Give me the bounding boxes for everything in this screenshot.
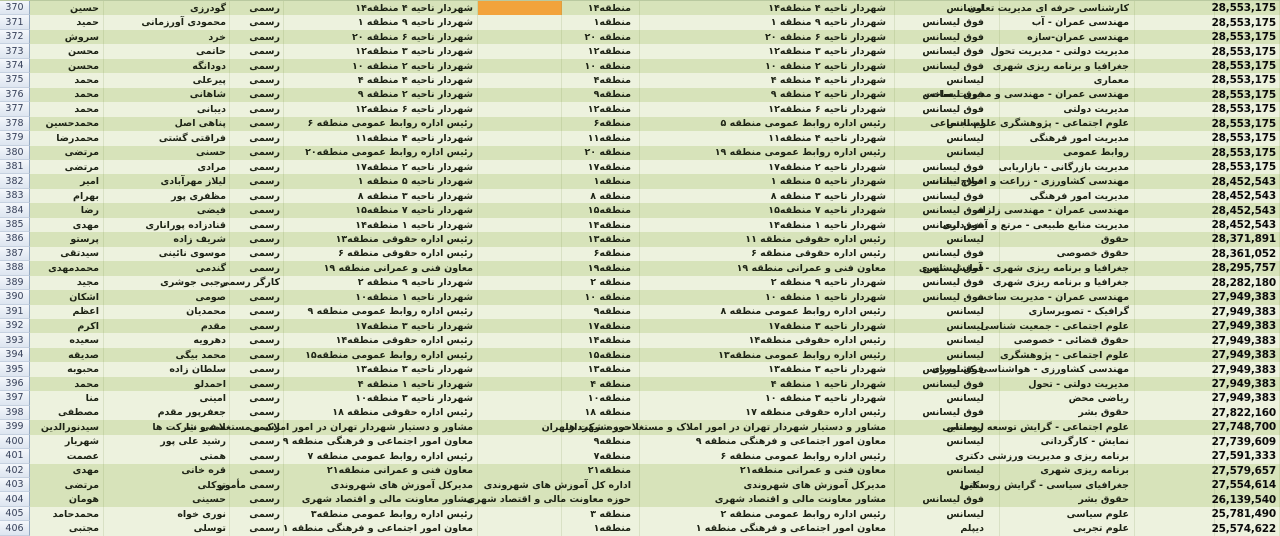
cell-empty[interactable] xyxy=(478,406,562,420)
cell-empty[interactable] xyxy=(1135,492,1215,506)
cell-position-title[interactable]: رئیس اداره حقوقی منطقه ۱۸ xyxy=(284,406,478,420)
cell-region[interactable]: منطقه۱۵ xyxy=(562,348,640,362)
cell-empty[interactable] xyxy=(478,507,562,521)
cell-last-name[interactable]: توکلی xyxy=(104,478,230,492)
cell-position-title[interactable]: شهردار ناحیه ۳ منطقه۱۷ xyxy=(284,319,478,333)
cell-last-name[interactable]: مظفری پور xyxy=(104,189,230,203)
cell-region[interactable]: منطقه۱۲ xyxy=(562,102,640,116)
cell-amount[interactable]: 28,452,543 xyxy=(1215,203,1280,217)
cell-empty[interactable] xyxy=(1135,117,1215,131)
cell-employment-type[interactable]: رسمی xyxy=(230,117,284,131)
cell-amount[interactable]: 28,553,175 xyxy=(1215,88,1280,102)
cell-region[interactable]: منطقه۱۵ xyxy=(562,203,640,217)
cell-field-of-study[interactable]: مدیریت دولتی xyxy=(1000,102,1135,116)
cell-empty[interactable] xyxy=(478,146,562,160)
cell-region[interactable]: منطقه ۱۸ xyxy=(562,406,640,420)
cell-empty[interactable] xyxy=(478,174,562,188)
cell-position-title[interactable]: شهردار ناحیه ۹ منطقه ۲ xyxy=(284,276,478,290)
cell-empty[interactable] xyxy=(1135,333,1215,347)
row-header[interactable]: 382 xyxy=(0,174,30,188)
cell-degree[interactable]: دیپلم xyxy=(895,521,1000,535)
cell-last-name[interactable]: امینی xyxy=(104,391,230,405)
cell-position-title[interactable]: شهردار ناحیه ۶ منطقه ۲۰ xyxy=(284,30,478,44)
cell-region[interactable]: منطقه۶ xyxy=(562,247,640,261)
cell-employment-type[interactable]: رسمی xyxy=(230,1,284,15)
cell-first-name[interactable]: شهریار xyxy=(30,435,104,449)
cell-region[interactable]: منطقه۱۳ xyxy=(562,362,640,376)
cell-first-name[interactable]: مجید xyxy=(30,276,104,290)
cell-position-title-2[interactable]: شهردار ناحیه ۴ منطقه ۴ xyxy=(640,73,895,87)
row-header[interactable]: 379 xyxy=(0,131,30,145)
cell-employment-type[interactable]: رسمی xyxy=(230,507,284,521)
row-header[interactable]: 396 xyxy=(0,377,30,391)
cell-amount[interactable]: 28,282,180 xyxy=(1215,276,1280,290)
cell-position-title[interactable]: شهردار ناحیه ۳ منطقه۱۲ xyxy=(284,44,478,58)
cell-last-name[interactable]: مرادی xyxy=(104,160,230,174)
row-header[interactable]: 370 xyxy=(0,1,30,15)
cell-last-name[interactable]: شاهانی xyxy=(104,88,230,102)
cell-region[interactable]: منطقه ۲۰ xyxy=(562,30,640,44)
cell-first-name[interactable]: صدیقه xyxy=(30,348,104,362)
cell-last-name[interactable]: صومی xyxy=(104,290,230,304)
cell-position-title[interactable]: شهردار ناحیه ۷ منطقه۱۵ xyxy=(284,203,478,217)
row-header[interactable]: 377 xyxy=(0,102,30,116)
row-header[interactable]: 388 xyxy=(0,261,30,275)
row-header[interactable]: 381 xyxy=(0,160,30,174)
cell-empty[interactable] xyxy=(478,73,562,87)
cell-region[interactable]: منطقه۹ xyxy=(562,88,640,102)
cell-empty[interactable] xyxy=(478,59,562,73)
row-header[interactable]: 395 xyxy=(0,362,30,376)
cell-position-title-2[interactable]: رئیس اداره حقوقی منطقه۱۴ xyxy=(640,333,895,347)
cell-position-title-2[interactable]: رئیس اداره روابط عمومی منطقه ۵ xyxy=(640,117,895,131)
cell-first-name[interactable]: مرتضی xyxy=(30,478,104,492)
cell-field-of-study[interactable]: کارشناسی حرفه ای مدیریت تعاون xyxy=(1000,1,1135,15)
cell-position-title[interactable]: شهردار ناحیه ۴ منطقه ۴ xyxy=(284,73,478,87)
cell-degree[interactable]: فوق لیسانس xyxy=(895,102,1000,116)
cell-region[interactable]: منطقه۱۴ xyxy=(562,333,640,347)
cell-amount[interactable]: 27,949,383 xyxy=(1215,377,1280,391)
cell-empty[interactable] xyxy=(1135,435,1215,449)
cell-degree[interactable]: لیسانس xyxy=(895,391,1000,405)
cell-position-title-2[interactable]: شهردار ناحیه ۶ منطقه ۲۰ xyxy=(640,30,895,44)
cell-degree[interactable]: لیسانس xyxy=(895,73,1000,87)
cell-field-of-study[interactable]: جغرافیای سیاسی - گرایش روستایی xyxy=(1000,478,1135,492)
cell-first-name[interactable]: محمد xyxy=(30,377,104,391)
cell-employment-type[interactable]: رسمی xyxy=(230,521,284,535)
cell-empty[interactable] xyxy=(1135,218,1215,232)
cell-empty[interactable] xyxy=(1135,261,1215,275)
cell-empty[interactable] xyxy=(1135,232,1215,246)
row-header[interactable]: 392 xyxy=(0,319,30,333)
cell-employment-type[interactable]: رسمی xyxy=(230,406,284,420)
cell-position-title[interactable]: شهردار ناحیه ۵ منطقه ۱ xyxy=(284,174,478,188)
cell-empty[interactable] xyxy=(478,377,562,391)
cell-position-title[interactable]: شهردار ناحیه ۹ منطقه ۱ xyxy=(284,15,478,29)
cell-first-name[interactable]: اعظم xyxy=(30,305,104,319)
cell-first-name[interactable]: مصطفی xyxy=(30,406,104,420)
cell-position-title[interactable]: شهردار ناحیه ۱ منطقه ۴ xyxy=(284,377,478,391)
row-header[interactable]: 398 xyxy=(0,406,30,420)
cell-amount[interactable]: 28,553,175 xyxy=(1215,1,1280,15)
cell-employment-type[interactable]: رسمی xyxy=(230,348,284,362)
cell-employment-type[interactable]: رسمی xyxy=(230,290,284,304)
cell-employment-type[interactable]: رسمی xyxy=(230,247,284,261)
cell-first-name[interactable]: محمد xyxy=(30,102,104,116)
cell-region[interactable]: منطقه۷ xyxy=(562,449,640,463)
cell-empty[interactable] xyxy=(478,15,562,29)
cell-empty[interactable] xyxy=(1135,203,1215,217)
cell-first-name[interactable]: محمد xyxy=(30,88,104,102)
cell-last-name[interactable]: پیرعلی xyxy=(104,73,230,87)
cell-first-name[interactable]: مرتضی xyxy=(30,160,104,174)
cell-degree[interactable]: فوق لیسانس xyxy=(895,492,1000,506)
cell-position-title-2[interactable]: رئیس اداره حقوقی منطقه ۱۱ xyxy=(640,232,895,246)
cell-amount[interactable]: 27,822,160 xyxy=(1215,406,1280,420)
cell-field-of-study[interactable]: گرافیک - تصویرسازی xyxy=(1000,305,1135,319)
cell-field-of-study[interactable]: مهندسی عمران - مدیریت ساخت xyxy=(1000,290,1135,304)
cell-position-title-2[interactable]: شهردار ناحیه ۱ منطقه ۱۰ xyxy=(640,290,895,304)
row-header[interactable]: 394 xyxy=(0,348,30,362)
cell-amount[interactable]: 27,748,700 xyxy=(1215,420,1280,434)
cell-last-name[interactable]: حسنی xyxy=(104,146,230,160)
cell-empty[interactable] xyxy=(478,88,562,102)
cell-position-title-2[interactable]: شهردار ناحیه ۵ منطقه ۱ xyxy=(640,174,895,188)
cell-position-title[interactable]: شهردار ناحیه ۱ منطقه۱۴ xyxy=(284,218,478,232)
cell-amount[interactable]: 27,949,383 xyxy=(1215,319,1280,333)
cell-amount[interactable]: 25,574,622 xyxy=(1215,521,1280,535)
cell-degree[interactable]: فوق لیسانس xyxy=(895,30,1000,44)
cell-employment-type[interactable]: رسمی xyxy=(230,15,284,29)
cell-degree[interactable]: فوق لیسانس xyxy=(895,377,1000,391)
row-header[interactable]: 374 xyxy=(0,59,30,73)
cell-field-of-study[interactable]: روابط عمومی xyxy=(1000,146,1135,160)
cell-employment-type[interactable]: رسمی xyxy=(230,305,284,319)
cell-position-title-2[interactable]: رئیس اداره حقوقی منطقه ۱۷ xyxy=(640,406,895,420)
cell-position-title-2[interactable]: شهردار ناحیه ۳ منطقه ۸ xyxy=(640,189,895,203)
cell-last-name[interactable]: دیبانی xyxy=(104,102,230,116)
cell-first-name[interactable]: محمد xyxy=(30,73,104,87)
cell-empty[interactable] xyxy=(1135,102,1215,116)
cell-region[interactable]: حوزه معاونت مالی و اقتصاد شهری xyxy=(562,492,640,506)
cell-region[interactable]: منطقه۹ xyxy=(562,435,640,449)
cell-last-name[interactable]: حاتمی xyxy=(104,44,230,58)
cell-region[interactable]: منطقه۱۷ xyxy=(562,319,640,333)
cell-last-name[interactable]: شریف زاده xyxy=(104,232,230,246)
cell-region[interactable]: منطقه ۱۰ xyxy=(562,59,640,73)
cell-position-title[interactable]: شهردار ناحیه ۴ منطقه۱۱ xyxy=(284,131,478,145)
cell-position-title[interactable]: شهردار ناحیه ۲ منطقه۱۷ xyxy=(284,160,478,174)
cell-empty[interactable] xyxy=(1135,478,1215,492)
cell-last-name[interactable]: دودانگه xyxy=(104,59,230,73)
cell-position-title-2[interactable]: رئیس اداره روابط عمومی منطقه ۲ xyxy=(640,507,895,521)
cell-amount[interactable]: 27,949,383 xyxy=(1215,391,1280,405)
cell-degree[interactable]: فوق لیسانس xyxy=(895,189,1000,203)
cell-employment-type[interactable]: رسمی xyxy=(230,464,284,478)
cell-empty[interactable] xyxy=(478,464,562,478)
cell-last-name[interactable]: پناهی اصل xyxy=(104,117,230,131)
cell-employment-type[interactable]: رسمی xyxy=(230,88,284,102)
cell-amount[interactable]: 27,949,383 xyxy=(1215,333,1280,347)
cell-last-name[interactable]: رشید علی پور xyxy=(104,435,230,449)
cell-position-title-2[interactable]: شهردار ناحیه ۳ منطقه۱۳ xyxy=(640,362,895,376)
cell-amount[interactable]: 28,553,175 xyxy=(1215,59,1280,73)
cell-position-title-2[interactable]: شهردار ناحیه ۹ منطقه ۱ xyxy=(640,15,895,29)
cell-position-title-2[interactable]: رئیس اداره روابط عمومی منطقه ۸ xyxy=(640,305,895,319)
cell-position-title-2[interactable]: شهردار ناحیه ۹ منطقه ۲ xyxy=(640,276,895,290)
cell-employment-type[interactable]: رسمی xyxy=(230,261,284,275)
cell-employment-type[interactable]: رسمی xyxy=(230,449,284,463)
cell-employment-type[interactable]: رسمی xyxy=(230,377,284,391)
row-header[interactable]: 373 xyxy=(0,44,30,58)
row-header[interactable]: 384 xyxy=(0,203,30,217)
cell-empty[interactable] xyxy=(478,333,562,347)
cell-degree[interactable]: لیسانس xyxy=(895,305,1000,319)
cell-empty[interactable] xyxy=(1135,160,1215,174)
cell-employment-type[interactable]: رسمی xyxy=(230,102,284,116)
cell-degree[interactable]: لیسانس xyxy=(895,507,1000,521)
cell-first-name[interactable]: هومان xyxy=(30,492,104,506)
cell-degree[interactable]: لیسانس xyxy=(895,146,1000,160)
cell-amount[interactable]: 26,139,540 xyxy=(1215,492,1280,506)
cell-region[interactable]: منطقه۱۴ xyxy=(562,1,640,15)
cell-position-title[interactable]: رئیس اداره حقوقی منطقه۱۴ xyxy=(284,333,478,347)
cell-first-name[interactable]: مهدی xyxy=(30,218,104,232)
cell-employment-type[interactable]: رسمی xyxy=(230,146,284,160)
cell-region[interactable]: منطقه۱ xyxy=(562,521,640,535)
row-header[interactable]: 387 xyxy=(0,247,30,261)
cell-amount[interactable]: 27,949,383 xyxy=(1215,348,1280,362)
cell-position-title-2[interactable]: شهردار ناحیه ۳ منطقه۱۷ xyxy=(640,319,895,333)
cell-position-title-2[interactable]: رئیس اداره روابط عمومی منطقه ۶ xyxy=(640,449,895,463)
cell-last-name[interactable]: حسینی xyxy=(104,492,230,506)
row-header[interactable]: 403 xyxy=(0,478,30,492)
cell-amount[interactable]: 28,452,543 xyxy=(1215,174,1280,188)
cell-position-title-2[interactable]: رئیس اداره روابط عمومی منطقه۱۳ xyxy=(640,348,895,362)
cell-first-name[interactable]: اشکان xyxy=(30,290,104,304)
cell-position-title[interactable]: رئیس اداره روابط عمومی منطقه۱۵ xyxy=(284,348,478,362)
row-header[interactable]: 371 xyxy=(0,15,30,29)
cell-empty[interactable] xyxy=(1135,189,1215,203)
cell-region[interactable]: منطقه ۲۰ xyxy=(562,146,640,160)
cell-amount[interactable]: 27,591,333 xyxy=(1215,449,1280,463)
cell-position-title[interactable]: شهردار ناحیه ۳ منطقه ۸ xyxy=(284,189,478,203)
cell-employment-type[interactable]: رسمی xyxy=(230,73,284,87)
cell-empty[interactable] xyxy=(1135,1,1215,15)
cell-field-of-study[interactable]: مهندسی عمران-سازه xyxy=(1000,30,1135,44)
row-header[interactable]: 393 xyxy=(0,333,30,347)
row-header[interactable]: 400 xyxy=(0,435,30,449)
cell-position-title[interactable]: مدیرکل آموزش های شهروندی xyxy=(284,478,478,492)
cell-empty[interactable] xyxy=(478,160,562,174)
cell-position-title[interactable]: رئیس اداره روابط عمومی منطقه ۶ xyxy=(284,117,478,131)
cell-region[interactable]: منطقه۱۷ xyxy=(562,160,640,174)
cell-employment-type[interactable]: کارگر رسمی xyxy=(230,276,284,290)
cell-field-of-study[interactable]: علوم اجتماعی - پژوهشگری xyxy=(1000,348,1135,362)
cell-last-name[interactable]: سلطان زاده xyxy=(104,362,230,376)
cell-empty[interactable] xyxy=(478,261,562,275)
cell-empty[interactable] xyxy=(478,189,562,203)
cell-employment-type[interactable]: رسمی xyxy=(230,435,284,449)
row-header[interactable]: 372 xyxy=(0,30,30,44)
cell-empty[interactable] xyxy=(1135,319,1215,333)
cell-amount[interactable]: 28,553,175 xyxy=(1215,73,1280,87)
cell-field-of-study[interactable]: برنامه ریزی و مدیریت ورزشی xyxy=(1000,449,1135,463)
row-header[interactable]: 390 xyxy=(0,290,30,304)
cell-region[interactable]: منطقه ۴ xyxy=(562,377,640,391)
cell-region[interactable]: منطقه ۱۰ xyxy=(562,290,640,304)
cell-employment-type[interactable]: رسمی xyxy=(230,131,284,145)
cell-empty[interactable] xyxy=(478,305,562,319)
cell-degree[interactable]: فوق لیسانس xyxy=(895,15,1000,29)
cell-position-title[interactable]: رئیس اداره روابط عمومی منطقه۳ xyxy=(284,507,478,521)
cell-last-name[interactable]: جعفرپور مقدم xyxy=(104,406,230,420)
cell-field-of-study[interactable]: مدیریت منابع طبیعی - مرتع و آبخیزداری xyxy=(1000,218,1135,232)
cell-position-title[interactable]: رئیس اداره حقوقی منطقه۱۳ xyxy=(284,232,478,246)
cell-employment-type[interactable]: رسمی xyxy=(230,333,284,347)
cell-empty[interactable] xyxy=(478,30,562,44)
cell-amount[interactable]: 28,553,175 xyxy=(1215,117,1280,131)
cell-first-name[interactable]: پرستو xyxy=(30,232,104,246)
cell-position-title[interactable]: شهردار ناحیه ۴ منطقه۱۴ xyxy=(284,1,478,15)
cell-field-of-study[interactable]: علوم سیاسی xyxy=(1000,507,1135,521)
row-header[interactable]: 383 xyxy=(0,189,30,203)
row-header[interactable]: 397 xyxy=(0,391,30,405)
cell-last-name[interactable]: گودرزی xyxy=(104,1,230,15)
cell-position-title-2[interactable]: شهردار ناحیه ۳ منطقه ۱۰ xyxy=(640,391,895,405)
cell-region[interactable]: منطقه۹ xyxy=(562,305,640,319)
cell-empty[interactable] xyxy=(1135,174,1215,188)
cell-first-name[interactable]: محسن xyxy=(30,59,104,73)
cell-position-title[interactable]: رئیس اداره روابط عمومی منطقه ۷ xyxy=(284,449,478,463)
cell-last-name[interactable]: رجبی جوشری xyxy=(104,276,230,290)
cell-last-name[interactable]: نوری خواه xyxy=(104,507,230,521)
cell-position-title-2[interactable]: مشاور معاونت مالی و اقتصاد شهری xyxy=(640,492,895,506)
cell-amount[interactable]: 28,295,757 xyxy=(1215,261,1280,275)
cell-first-name[interactable]: سعیده xyxy=(30,333,104,347)
cell-amount[interactable]: 28,361,052 xyxy=(1215,247,1280,261)
cell-field-of-study[interactable]: مهندسی عمران - آب xyxy=(1000,15,1135,29)
cell-field-of-study[interactable]: مهندسی کشاورزی - هواشناسی کشاورزی xyxy=(1000,362,1135,376)
cell-amount[interactable]: 28,553,175 xyxy=(1215,102,1280,116)
cell-empty[interactable] xyxy=(478,131,562,145)
cell-empty[interactable] xyxy=(1135,507,1215,521)
cell-empty[interactable] xyxy=(1135,146,1215,160)
row-header[interactable]: 391 xyxy=(0,305,30,319)
cell-position-title[interactable]: معاون فنی و عمرانی منطقه۲۱ xyxy=(284,464,478,478)
cell-field-of-study[interactable]: حقوق بشر xyxy=(1000,406,1135,420)
cell-first-name[interactable]: مرتضی xyxy=(30,146,104,160)
cell-field-of-study[interactable]: جغرافیا و برنامه ریزی شهری xyxy=(1000,276,1135,290)
cell-first-name[interactable]: بهرام xyxy=(30,189,104,203)
cell-degree[interactable]: لیسانس xyxy=(895,131,1000,145)
cell-employment-type[interactable]: رسمی xyxy=(230,44,284,58)
cell-empty[interactable] xyxy=(478,203,562,217)
cell-first-name[interactable]: سیدتقی xyxy=(30,247,104,261)
cell-amount[interactable]: 28,553,175 xyxy=(1215,146,1280,160)
cell-region[interactable]: منطقه۱۱ xyxy=(562,131,640,145)
cell-empty[interactable] xyxy=(1135,88,1215,102)
cell-region[interactable]: منطقه۱ xyxy=(562,174,640,188)
cell-degree[interactable]: لیسانس xyxy=(895,348,1000,362)
cell-degree[interactable]: فوق لیسانس xyxy=(895,276,1000,290)
cell-position-title[interactable]: معاون امور اجتماعی و فرهنگی منطقه ۱ xyxy=(284,521,478,535)
cell-empty[interactable] xyxy=(1135,521,1215,535)
cell-last-name[interactable]: فیضی xyxy=(104,203,230,217)
cell-first-name[interactable]: رضا xyxy=(30,203,104,217)
cell-field-of-study[interactable]: جغرافیا و برنامه ریزی شهری - آمایش شهری xyxy=(1000,261,1135,275)
cell-empty[interactable] xyxy=(478,1,562,15)
cell-employment-type[interactable]: رسمی xyxy=(230,203,284,217)
cell-empty[interactable] xyxy=(1135,290,1215,304)
cell-position-title[interactable]: شهردار ناحیه ۲ منطقه ۹ xyxy=(284,88,478,102)
cell-employment-type[interactable]: رسمی xyxy=(230,30,284,44)
cell-position-title-2[interactable]: مدیرکل آموزش های شهروندی xyxy=(640,478,895,492)
cell-position-title-2[interactable]: رئیس اداره روابط عمومی منطقه ۱۹ xyxy=(640,146,895,160)
cell-empty[interactable] xyxy=(478,348,562,362)
cell-amount[interactable]: 27,739,609 xyxy=(1215,435,1280,449)
cell-last-name[interactable]: قنادزاده پوراناری xyxy=(104,218,230,232)
cell-empty[interactable] xyxy=(478,449,562,463)
cell-position-title-2[interactable]: شهردار ناحیه ۷ منطقه۱۵ xyxy=(640,203,895,217)
cell-first-name[interactable]: حسین xyxy=(30,1,104,15)
cell-empty[interactable] xyxy=(478,44,562,58)
cell-region[interactable]: منطقه ۳ xyxy=(562,507,640,521)
cell-employment-type[interactable]: رسمی xyxy=(230,174,284,188)
cell-amount[interactable]: 27,949,383 xyxy=(1215,290,1280,304)
cell-position-title[interactable]: معاون فنی و عمرانی منطقه ۱۹ xyxy=(284,261,478,275)
cell-empty[interactable] xyxy=(1135,59,1215,73)
cell-employment-type[interactable]: رسمی xyxy=(230,160,284,174)
cell-amount[interactable]: 28,553,175 xyxy=(1215,131,1280,145)
cell-degree[interactable]: فوق لیسانس xyxy=(895,59,1000,73)
cell-field-of-study[interactable]: مدیریت دولتی - مدیریت تحول xyxy=(1000,44,1135,58)
cell-position-title[interactable]: شهردار ناحیه ۳ منطقه۱۰ xyxy=(284,391,478,405)
cell-employment-type[interactable]: رسمی xyxy=(230,362,284,376)
cell-position-title-2[interactable]: شهردار ناحیه ۱ منطقه ۴ xyxy=(640,377,895,391)
cell-last-name[interactable]: موسوی نائینی xyxy=(104,247,230,261)
cell-employment-type[interactable]: رسمی xyxy=(230,59,284,73)
cell-empty[interactable] xyxy=(1135,73,1215,87)
cell-empty[interactable] xyxy=(478,117,562,131)
cell-amount[interactable]: 27,554,614 xyxy=(1215,478,1280,492)
cell-region[interactable]: منطقه ۲ xyxy=(562,276,640,290)
cell-employment-type[interactable]: رسمی مأمور xyxy=(230,478,284,492)
cell-employment-type[interactable]: رسمی xyxy=(230,319,284,333)
cell-position-title[interactable]: مشاور معاونت مالی و اقتصاد شهری xyxy=(284,492,478,506)
cell-last-name[interactable]: فراقتی گشتی xyxy=(104,131,230,145)
cell-degree[interactable]: فوق لیسانس xyxy=(895,247,1000,261)
cell-position-title-2[interactable]: شهردار ناحیه ۲ منطقه ۹ xyxy=(640,88,895,102)
cell-position-title-2[interactable]: شهردار ناحیه ۲ منطقه ۱۰ xyxy=(640,59,895,73)
cell-degree[interactable]: لیسانس xyxy=(895,232,1000,246)
cell-last-name[interactable]: خرد xyxy=(104,30,230,44)
cell-position-title-2[interactable]: شهردار ناحیه ۳ منطقه۱۲ xyxy=(640,44,895,58)
cell-employment-type[interactable]: رسمی xyxy=(230,232,284,246)
row-header[interactable]: 406 xyxy=(0,521,30,535)
cell-field-of-study[interactable]: ریاضی محض xyxy=(1000,391,1135,405)
cell-empty[interactable] xyxy=(478,218,562,232)
cell-last-name[interactable]: همتی xyxy=(104,449,230,463)
cell-empty[interactable] xyxy=(478,391,562,405)
row-header[interactable]: 376 xyxy=(0,88,30,102)
cell-field-of-study[interactable]: مدیریت بازرگانی - بازاریابی xyxy=(1000,160,1135,174)
cell-degree[interactable]: لیسانس xyxy=(895,464,1000,478)
cell-region[interactable]: منطقه ۸ xyxy=(562,189,640,203)
row-header[interactable]: 405 xyxy=(0,507,30,521)
cell-region[interactable]: اداره کل آموزش های شهروندی xyxy=(562,478,640,492)
row-header[interactable]: 399 xyxy=(0,420,30,434)
